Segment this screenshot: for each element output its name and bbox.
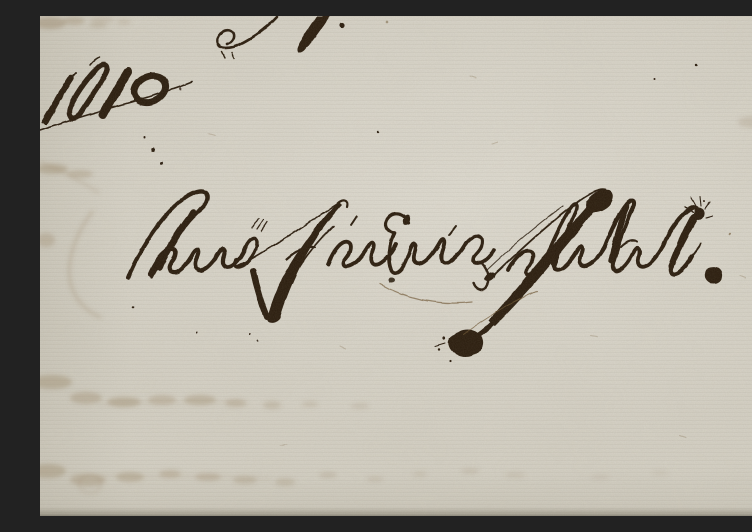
handwriting-layer: Karl Friedrich Schinkel. [40,16,752,516]
manuscript-photo: Karl Friedrich Schinkel. [40,16,752,516]
paper-grain-texture [40,16,752,516]
